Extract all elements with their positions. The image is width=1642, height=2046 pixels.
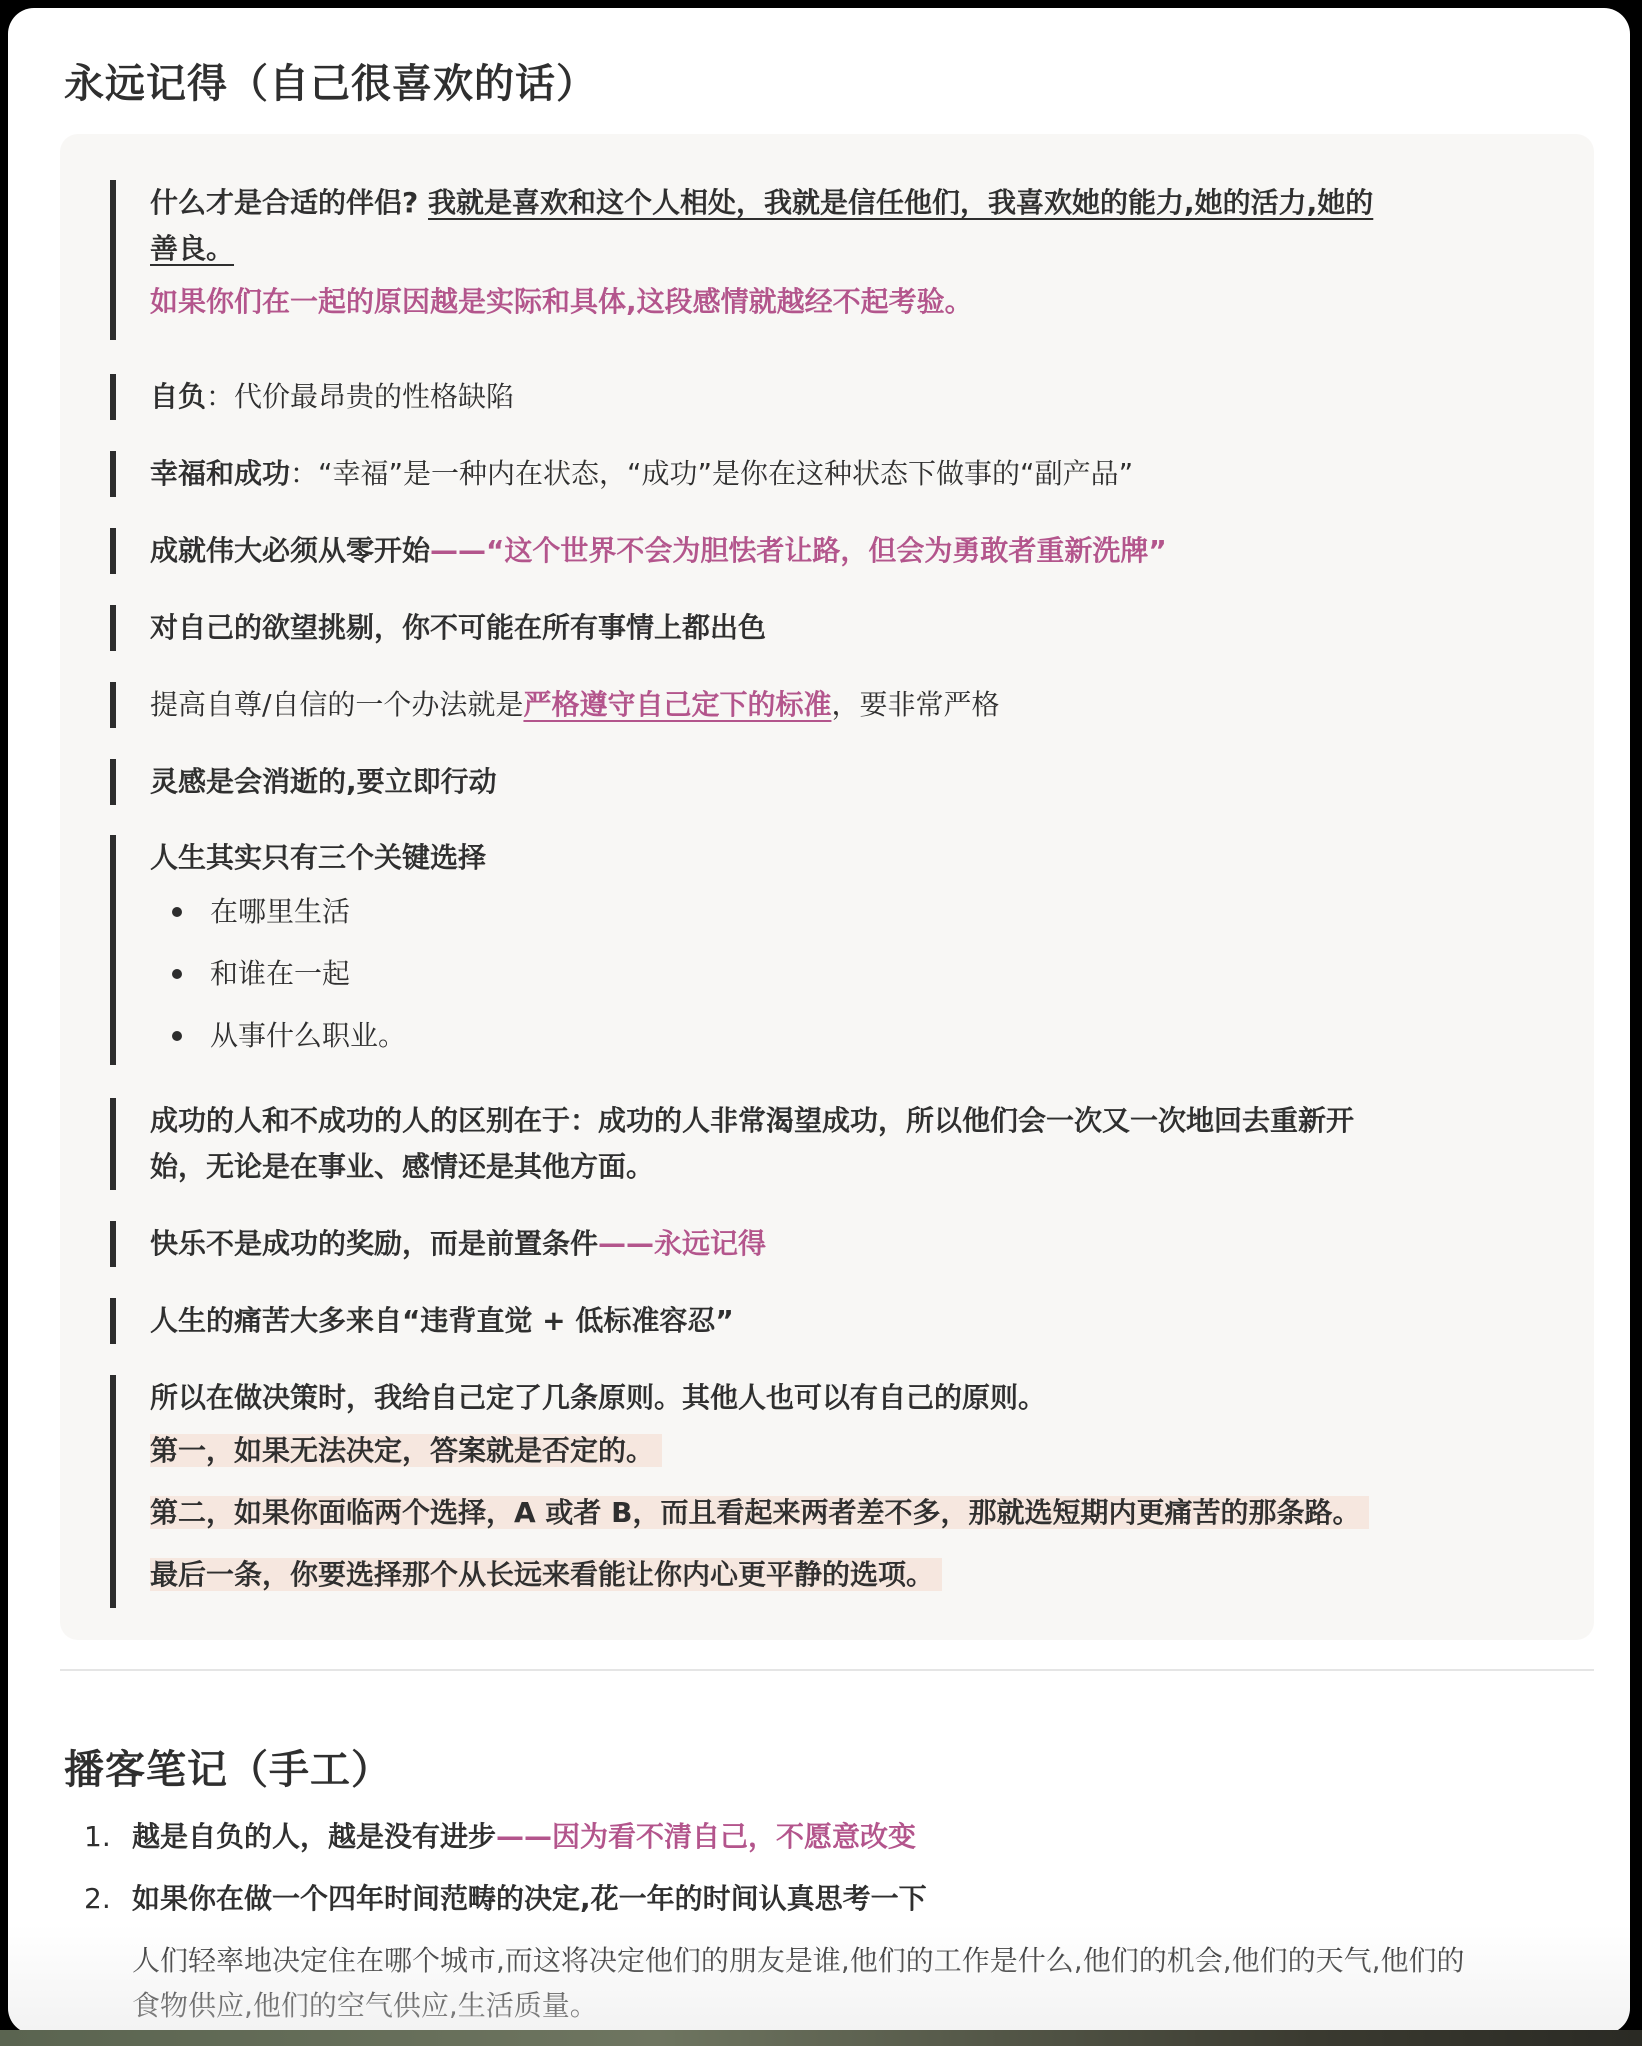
section-heading-podcast: 播客笔记（手工） — [64, 1738, 392, 1795]
quote-partner-highlight: 如果你们在一起的原因越是实际和具体,这段感情就越经不起考验。 — [150, 272, 1530, 332]
podcast-note-text: 如果你在做一个四年时间范畴的决定,花一年的时间认真思考一下 — [132, 1882, 927, 1915]
quote-happiness-label: 幸福和成功 — [150, 457, 290, 490]
decision-rules-intro: 所以在做决策时，我给自己定了几条原则。其他人也可以有自己的原则。 — [150, 1375, 1550, 1421]
quote-self-esteem-text: 提高自尊/自信的一个办法就是 — [150, 688, 523, 721]
podcast-notes-list: 1.越是自负的人，越是没有进步——因为看不清自己，不愿意改变 2.如果你在做一个… — [68, 1814, 1608, 2028]
note-window: 永远记得（自己很喜欢的话） 什么才是合适的伴侣? 我就是喜欢和这个人相处，我就是… — [8, 8, 1630, 2034]
quote-happiness-text: “幸福”是一种内在状态，“成功”是你在这种状态下做事的“副产品” — [318, 457, 1133, 490]
quote-self-esteem-after: ，要非常严格 — [831, 688, 999, 721]
quote-success-line2: 始，无论是在事业、感情还是其他方面。 — [150, 1144, 1530, 1190]
podcast-note-highlight: ——因为看不清自己，不愿意改变 — [496, 1820, 916, 1853]
list-number: 1. — [68, 1814, 132, 1860]
quote-greatness: 成就伟大必须从零开始——“这个世界不会为胆怯者让路，但会为勇敢者重新洗牌” — [110, 528, 1167, 574]
desktop-background-strip — [0, 2030, 1642, 2046]
section-divider — [60, 1669, 1594, 1671]
podcast-note-item: 2.如果你在做一个四年时间范畴的决定,花一年的时间认真思考一下 人们轻率地决定住… — [68, 1876, 1608, 2028]
quote-partner-answer: 我就是喜欢和这个人相处，我就是信任他们，我喜欢她的能力,她的活力,她的 — [428, 186, 1373, 219]
quote-greatness-highlight: ——“这个世界不会为胆怯者让路，但会为勇敢者重新洗牌” — [430, 534, 1167, 567]
quote-success-line1: 成功的人和不成功的人的区别在于：成功的人非常渴望成功，所以他们会一次又一次地回去… — [150, 1098, 1530, 1144]
decision-rule-2: 第二，如果你面临两个选择，A 或者 B，而且看起来两者差不多，那就选短期内更痛苦… — [150, 1496, 1369, 1529]
list-number: 2. — [68, 1876, 132, 1922]
quote-joy: 快乐不是成功的奖励，而是前置条件——永远记得 — [110, 1221, 766, 1267]
quote-desire: 对自己的欲望挑剔，你不可能在所有事情上都出色 — [110, 605, 766, 651]
bullet-item: 在哪里生活 — [150, 881, 1050, 943]
quote-inspiration: 灵感是会消逝的,要立即行动 — [110, 759, 497, 805]
quote-success-difference: 成功的人和不成功的人的区别在于：成功的人非常渴望成功，所以他们会一次又一次地回去… — [110, 1098, 1530, 1190]
quote-ego-sep: ： — [206, 380, 234, 413]
section-heading-remember: 永远记得（自己很喜欢的话） — [64, 52, 597, 109]
podcast-note-detail: 人们轻率地决定住在哪个城市,而这将决定他们的朋友是谁,他们的工作是什么,他们的机… — [68, 1938, 1608, 2028]
bullet-item: 从事什么职业。 — [150, 1005, 1050, 1067]
quote-happiness: 幸福和成功：“幸福”是一种内在状态，“成功”是你在这种状态下做事的“副产品” — [110, 451, 1133, 497]
quote-joy-highlight: ——永远记得 — [598, 1227, 766, 1260]
quote-ego-text: 代价最昂贵的性格缺陷 — [234, 380, 514, 413]
quote-ego: 自负：代价最昂贵的性格缺陷 — [110, 374, 514, 420]
bullet-item: 和谁在一起 — [150, 943, 1050, 1005]
podcast-note-detail-line1: 人们轻率地决定住在哪个城市,而这将决定他们的朋友是谁,他们的工作是什么,他们的机… — [132, 1938, 1608, 1983]
quote-ego-label: 自负 — [150, 380, 206, 413]
quote-self-esteem: 提高自尊/自信的一个办法就是严格遵守自己定下的标准，要非常严格 — [110, 682, 999, 728]
quote-suffering: 人生的痛苦大多来自“违背直觉 + 低标准容忍” — [110, 1298, 734, 1344]
quote-decision-rules: 所以在做决策时，我给自己定了几条原则。其他人也可以有自己的原则。 第一，如果无法… — [110, 1375, 1550, 1608]
quote-self-esteem-link[interactable]: 严格遵守自己定下的标准 — [523, 688, 831, 721]
decision-rule-1: 第一，如果无法决定，答案就是否定的。 — [150, 1434, 662, 1467]
quote-joy-text: 快乐不是成功的奖励，而是前置条件 — [150, 1227, 598, 1260]
quote-partner-answer-cont: 善良。 — [150, 232, 234, 265]
quote-partner-question: 什么才是合适的伴侣? — [150, 186, 428, 219]
quote-happiness-sep: ： — [290, 457, 318, 490]
podcast-note-detail-line2: 食物供应,他们的空气供应,生活质量。 — [132, 1983, 1608, 2028]
decision-rule-3: 最后一条，你要选择那个从长远来看能让你内心更平静的选项。 — [150, 1558, 942, 1591]
quote-greatness-label: 成就伟大必须从零开始 — [150, 534, 430, 567]
quote-life-choices-heading: 人生其实只有三个关键选择 — [150, 835, 1050, 881]
quote-partner: 什么才是合适的伴侣? 我就是喜欢和这个人相处，我就是信任他们，我喜欢她的能力,她… — [110, 180, 1530, 340]
podcast-note-text: 越是自负的人，越是没有进步 — [132, 1820, 496, 1853]
quote-life-choices: 人生其实只有三个关键选择 在哪里生活 和谁在一起 从事什么职业。 — [110, 835, 1050, 1065]
podcast-note-item: 1.越是自负的人，越是没有进步——因为看不清自己，不愿意改变 — [68, 1814, 1608, 1860]
